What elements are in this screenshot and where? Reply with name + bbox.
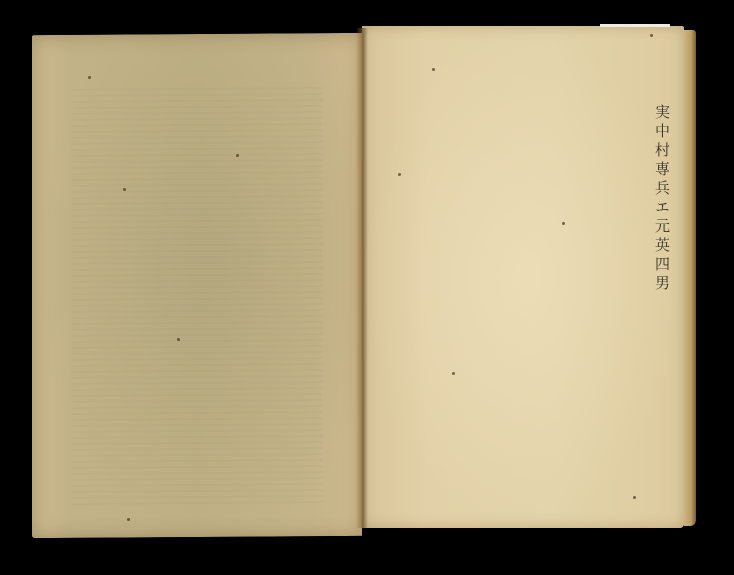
paper-speck [236, 154, 239, 157]
open-book: 実中村専兵エ元英四男 [0, 0, 734, 575]
paper-speck [432, 68, 435, 71]
left-page [32, 33, 362, 538]
handwritten-inscription: 実中村専兵エ元英四男 [651, 104, 673, 294]
page-top-edge [600, 24, 670, 27]
paper-speck [177, 338, 180, 341]
paper-speck [633, 496, 636, 499]
paper-speck [127, 518, 130, 521]
paper-speck [452, 372, 455, 375]
bleed-through-texture [72, 83, 322, 505]
paper-speck [562, 222, 565, 225]
book-gutter [356, 28, 368, 528]
paper-speck [123, 188, 126, 191]
paper-speck [398, 173, 401, 176]
paper-speck [650, 34, 653, 37]
paper-speck [88, 76, 91, 79]
page-edges [684, 30, 696, 526]
right-page [362, 26, 684, 528]
